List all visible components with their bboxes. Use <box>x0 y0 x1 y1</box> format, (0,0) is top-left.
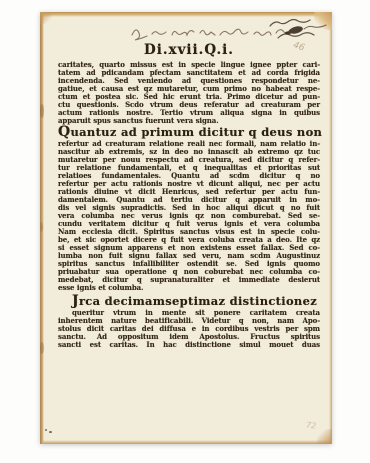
paragraph: refertur ad creaturam relatione reali ne… <box>58 140 320 292</box>
section-heading-circa-distinctionem: Jrca decimamseptimaz distinctionez <box>72 295 320 308</box>
binding-smudge <box>40 342 44 354</box>
ink-speck <box>45 429 47 431</box>
photograph-background: 46 72 Di.xvii.Q.i. caritates, quarto mis… <box>0 0 370 463</box>
text-line: sancti est caritas. In hac distinctione … <box>58 341 320 349</box>
binding-smudge <box>40 104 44 118</box>
binding-smudge <box>40 222 43 232</box>
worn-corner-top-left <box>40 12 52 24</box>
section-heading-quantum-ad-primum: Quantuz ad primum dicitur q deus non <box>58 126 320 139</box>
page-right-edge <box>329 12 332 444</box>
text-line: esse ignis et columba. <box>58 284 320 292</box>
running-header: Di.xvii.Q.i. <box>58 42 320 58</box>
pencil-bottom-mark: 72 <box>305 420 316 430</box>
text-block: caritates, quarto missus est in specie l… <box>58 61 320 349</box>
paragraph: caritates, quarto missus est in specie l… <box>58 61 320 125</box>
text-line: apparuit spus sanctus fuerunt vera signa… <box>58 117 320 125</box>
page-bottom-edge <box>40 440 332 444</box>
paragraph: queritur vtrum in mente sit ponere carit… <box>58 309 320 349</box>
ink-speck <box>49 431 52 433</box>
worn-corner-bottom-right <box>317 429 332 444</box>
page-scan: 46 72 Di.xvii.Q.i. caritates, quarto mis… <box>40 12 332 444</box>
